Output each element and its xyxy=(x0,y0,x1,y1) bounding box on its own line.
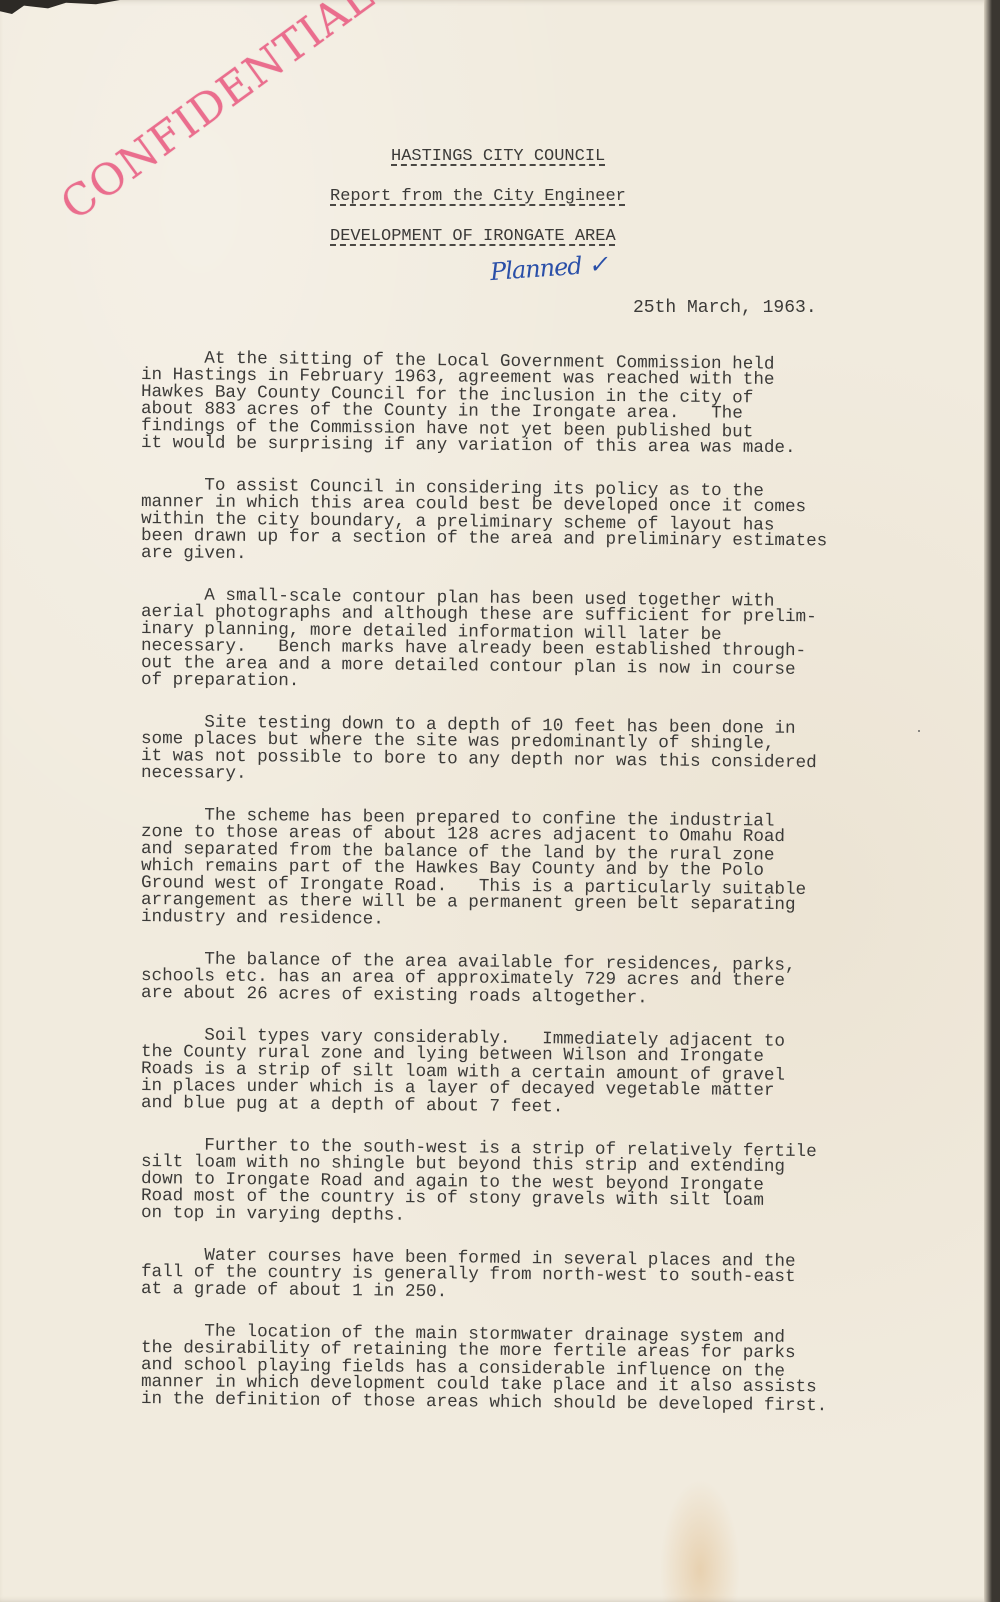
paragraph-south-west-strip: Further to the south-west is a strip of … xyxy=(141,1137,931,1222)
paragraph-stormwater-drainage: The location of the main stormwater drai… xyxy=(141,1323,931,1408)
handwritten-annotation: Planned ✓ xyxy=(489,250,608,286)
paragraph-commission: At the sitting of the Local Government C… xyxy=(141,350,931,452)
paragraph-water-courses: Water courses have been formed in severa… xyxy=(141,1247,931,1298)
report-body: At the sitting of the Local Government C… xyxy=(141,350,931,1433)
paragraph-industrial-zone: The scheme has been prepared to confine … xyxy=(141,807,931,926)
paragraph-residential-balance: The balance of the area available for re… xyxy=(141,951,931,1002)
report-title: Report from the City Engineer xyxy=(330,187,626,206)
paragraph-contour-plan: A small-scale contour plan has been used… xyxy=(141,587,931,689)
paragraph-soil-types: Soil types vary considerably. Immediatel… xyxy=(141,1027,931,1112)
report-subject: DEVELOPMENT OF IRONGATE AREA xyxy=(330,227,616,246)
document-page: CONFIDENTIAL HASTINGS CITY COUNCIL Repor… xyxy=(0,0,992,1602)
report-date: 25th March, 1963. xyxy=(633,298,817,318)
paragraph-site-testing: Site testing down to a depth of 10 feet … xyxy=(141,714,931,782)
torn-corner xyxy=(0,0,120,14)
ink-speck xyxy=(918,730,920,732)
page-edge-shadow xyxy=(984,0,992,1602)
organization-heading: HASTINGS CITY COUNCIL xyxy=(391,147,605,166)
paragraph-scheme-purpose: To assist Council in considering its pol… xyxy=(141,477,931,562)
